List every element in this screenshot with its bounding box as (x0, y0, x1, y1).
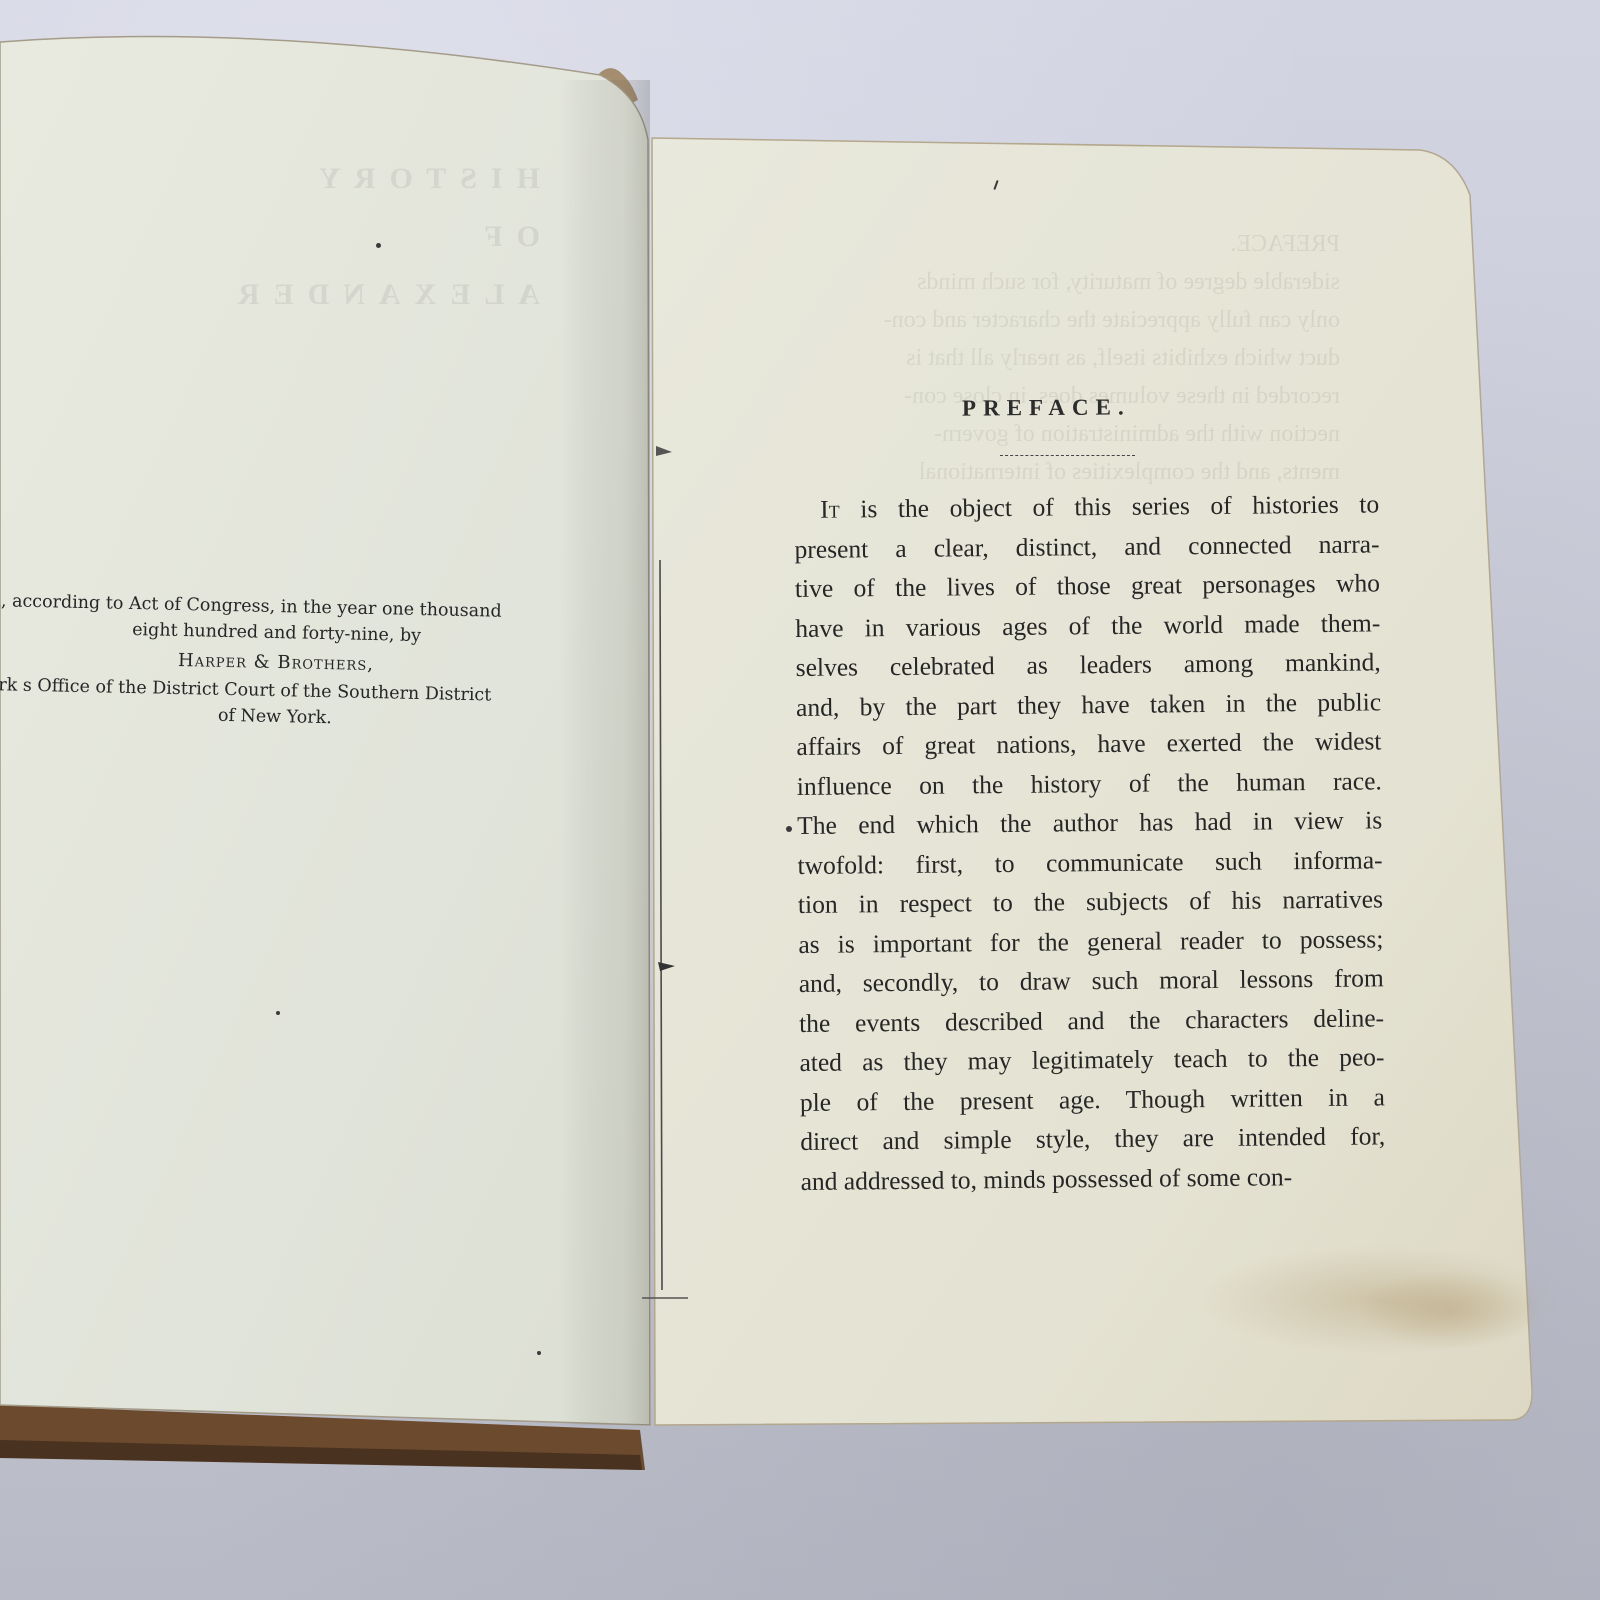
preface-line: and addressed to, minds possessed of som… (800, 1156, 1385, 1201)
preface-line: The end which the author has had in view… (797, 800, 1382, 845)
preface-line: influence on the history of the human ra… (797, 761, 1382, 806)
preface-line: as is important for the general reader t… (798, 919, 1383, 964)
preface-line: selves celebrated as leaders among manki… (796, 642, 1381, 687)
bleed-through-text-left: HISTORY OF ALEXANDER (20, 150, 540, 324)
preface-title: PREFACE. (962, 394, 1131, 421)
photo-scene: PREFACE. siderable degree of maturity, f… (0, 0, 1600, 1600)
preface-line: the events described and the characters … (799, 998, 1384, 1043)
preface-line: It is the object of this series of histo… (794, 484, 1379, 529)
preface-line: and, secondly, to draw such moral lesson… (799, 958, 1384, 1003)
preface-body: It is the object of this series of histo… (794, 484, 1386, 1201)
preface-line: affairs of great nations, have exerted t… (796, 721, 1381, 766)
preface-line: twofold: first, to communicate such info… (797, 840, 1382, 885)
copyright-imprint: d, according to Act of Congress, in the … (0, 588, 565, 736)
paper-speck (786, 826, 792, 832)
preface-line: tive of the lives of those great persona… (795, 563, 1380, 608)
paper-speck (376, 243, 381, 248)
paper-speck (276, 1011, 280, 1015)
preface-line: have in various ages of the world made t… (795, 603, 1380, 648)
preface-line: direct and simple style, they are intend… (800, 1116, 1385, 1161)
paper-speck (537, 1351, 541, 1355)
preface-line: ple of the present age. Though written i… (800, 1077, 1385, 1122)
preface-line: tion in respect to the subjects of his n… (798, 879, 1383, 924)
title-divider (1000, 455, 1135, 456)
preface-line: ated as they may legitimately teach to t… (799, 1037, 1384, 1082)
bleed-through-text-right: PREFACE. siderable degree of maturity, f… (780, 225, 1340, 491)
preface-line: present a clear, distinct, and connected… (794, 524, 1379, 569)
preface-line: and, by the part they have taken in the … (796, 682, 1381, 727)
